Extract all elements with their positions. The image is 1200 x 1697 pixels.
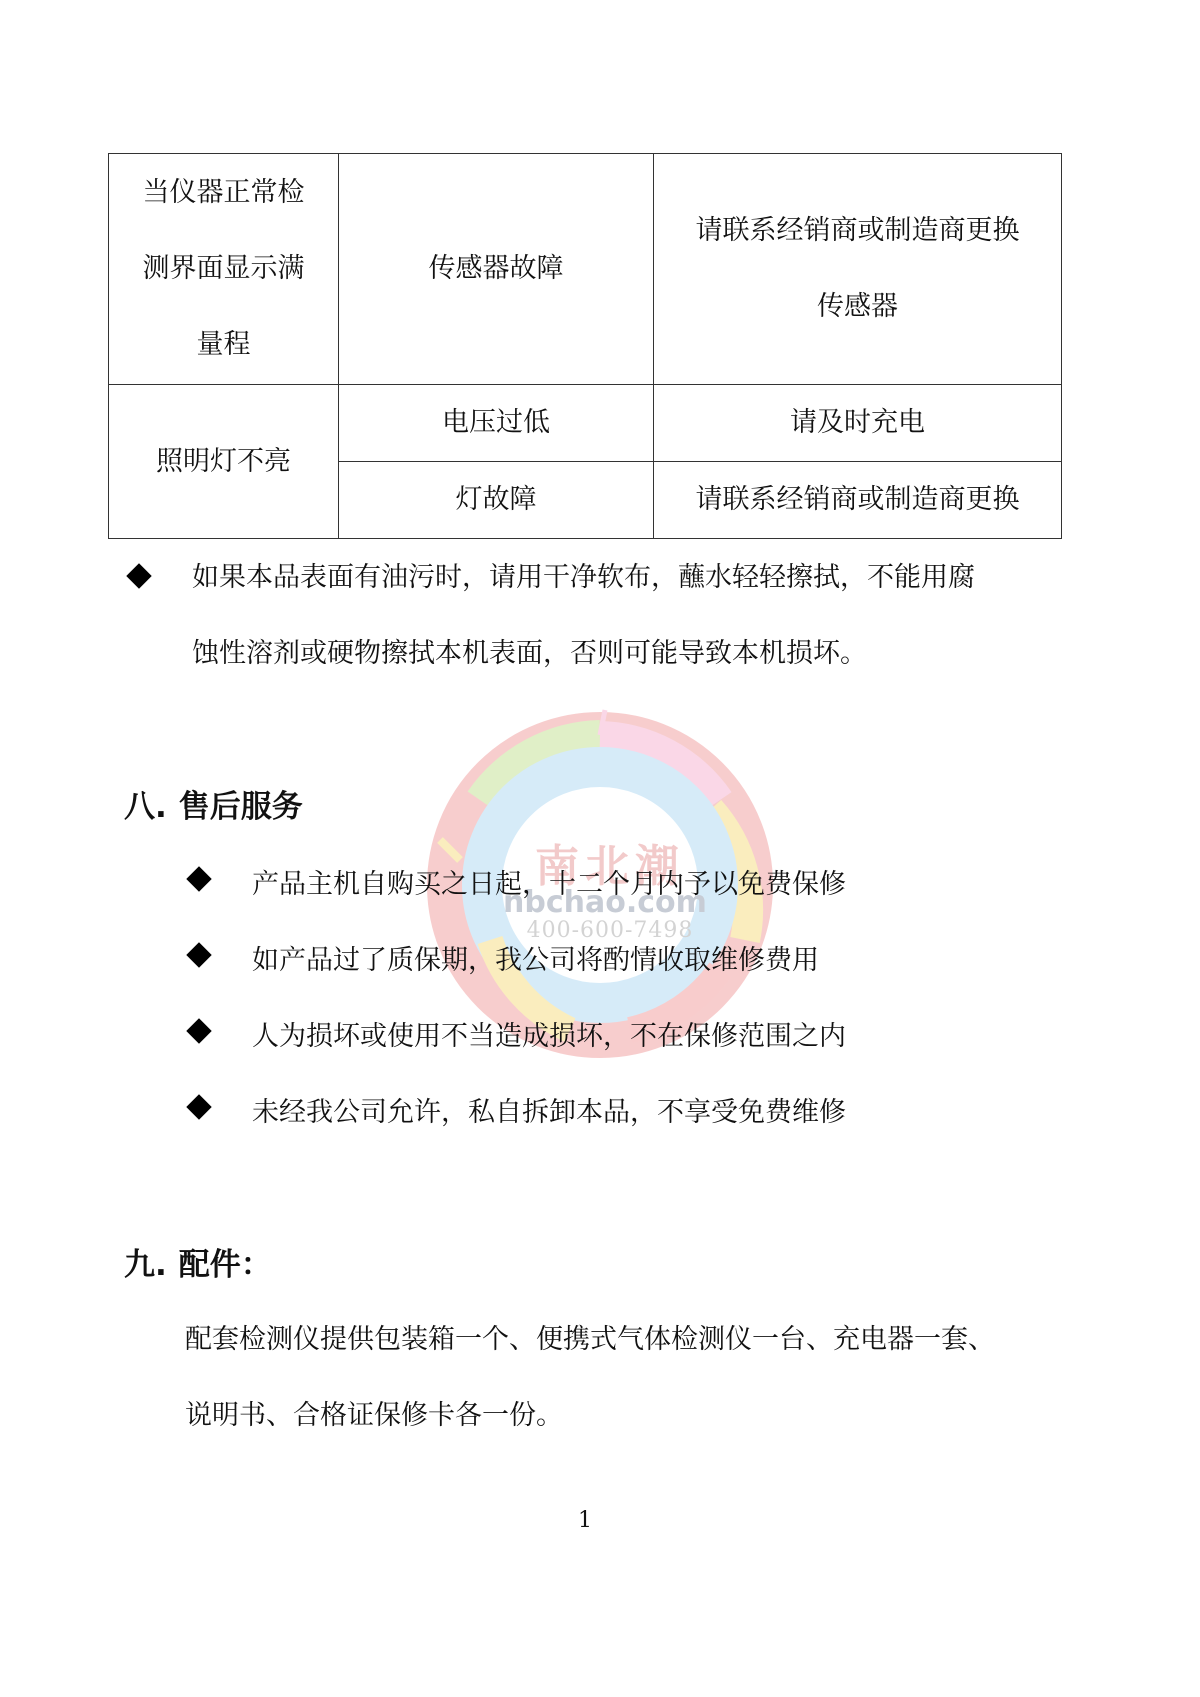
symptom-cell: 照明灯不亮 bbox=[109, 385, 339, 539]
cause-cell: 电压过低 bbox=[339, 385, 654, 462]
list-item-text: 如产品过了质保期，我公司将酌情收取维修费用 bbox=[252, 938, 819, 977]
table-row: 照明灯不亮 电压过低 请及时充电 bbox=[109, 385, 1062, 462]
list-item: 产品主机自购买之日起，十二个月内予以免费保修 bbox=[186, 843, 986, 919]
paragraph-line: 说明书、合格证保修卡各一份。 bbox=[185, 1378, 1065, 1454]
diamond-bullet-icon bbox=[186, 1094, 211, 1119]
section-heading-after-sales: 八.售后服务 bbox=[124, 782, 303, 832]
list-item-text: 产品主机自购买之日起，十二个月内予以免费保修 bbox=[252, 862, 846, 901]
section-title: 配件： bbox=[179, 1247, 272, 1283]
page-number: 1 bbox=[0, 1508, 1170, 1533]
solution-cell: 请联系经销商或制造商更换 传感器 bbox=[654, 154, 1062, 385]
table-row: 当仪器正常检 测界面显示满 量程 传感器故障 请联系经销商或制造商更换 传感器 bbox=[109, 154, 1062, 385]
maintenance-note: 如果本品表面有油污时，请用干净软布，蘸水轻轻擦拭，不能用腐 蚀性溶剂或硬物擦拭本… bbox=[124, 540, 1084, 692]
list-item: 如产品过了质保期，我公司将酌情收取维修费用 bbox=[186, 919, 986, 995]
note-line: 如果本品表面有油污时，请用干净软布，蘸水轻轻擦拭，不能用腐 bbox=[192, 540, 1084, 616]
cause-cell: 灯故障 bbox=[339, 462, 654, 539]
section-title: 售后服务 bbox=[179, 789, 303, 825]
symptom-line: 当仪器正常检 bbox=[117, 155, 330, 231]
accessories-paragraph: 配套检测仪提供包装箱一个、便携式气体检测仪一台、充电器一套、 说明书、合格证保修… bbox=[185, 1302, 1065, 1454]
list-item-text: 人为损坏或使用不当造成损坏，不在保修范围之内 bbox=[252, 1014, 846, 1053]
diamond-bullet-icon bbox=[126, 563, 151, 588]
diamond-bullet-icon bbox=[186, 1018, 211, 1043]
section-number: 八. bbox=[124, 789, 167, 825]
cause-cell: 传感器故障 bbox=[339, 154, 654, 385]
after-sales-list: 产品主机自购买之日起，十二个月内予以免费保修 如产品过了质保期，我公司将酌情收取… bbox=[186, 843, 986, 1147]
solution-line: 传感器 bbox=[662, 269, 1053, 345]
solution-line: 请联系经销商或制造商更换 bbox=[662, 193, 1053, 269]
list-item-text: 未经我公司允许，私自拆卸本品，不享受免费维修 bbox=[252, 1090, 846, 1129]
solution-cell: 请及时充电 bbox=[654, 385, 1062, 462]
troubleshooting-table: 当仪器正常检 测界面显示满 量程 传感器故障 请联系经销商或制造商更换 传感器 … bbox=[108, 153, 1062, 539]
document-page: 南北潮 nbchao.com 400-600-7498 当仪器正常检 测界面显示… bbox=[0, 0, 1200, 1697]
solution-cell: 请联系经销商或制造商更换 bbox=[654, 462, 1062, 539]
list-item: 未经我公司允许，私自拆卸本品，不享受免费维修 bbox=[186, 1071, 986, 1147]
diamond-bullet-icon bbox=[186, 942, 211, 967]
symptom-line: 量程 bbox=[117, 307, 330, 383]
paragraph-line: 配套检测仪提供包装箱一个、便携式气体检测仪一台、充电器一套、 bbox=[185, 1302, 1065, 1378]
symptom-cell: 当仪器正常检 测界面显示满 量程 bbox=[109, 154, 339, 385]
diamond-bullet-icon bbox=[186, 866, 211, 891]
list-item: 人为损坏或使用不当造成损坏，不在保修范围之内 bbox=[186, 995, 986, 1071]
note-line: 蚀性溶剂或硬物擦拭本机表面，否则可能导致本机损坏。 bbox=[192, 616, 1084, 692]
section-number: 九. bbox=[124, 1247, 167, 1283]
symptom-line: 测界面显示满 bbox=[117, 231, 330, 307]
section-heading-accessories: 九.配件： bbox=[124, 1240, 272, 1290]
